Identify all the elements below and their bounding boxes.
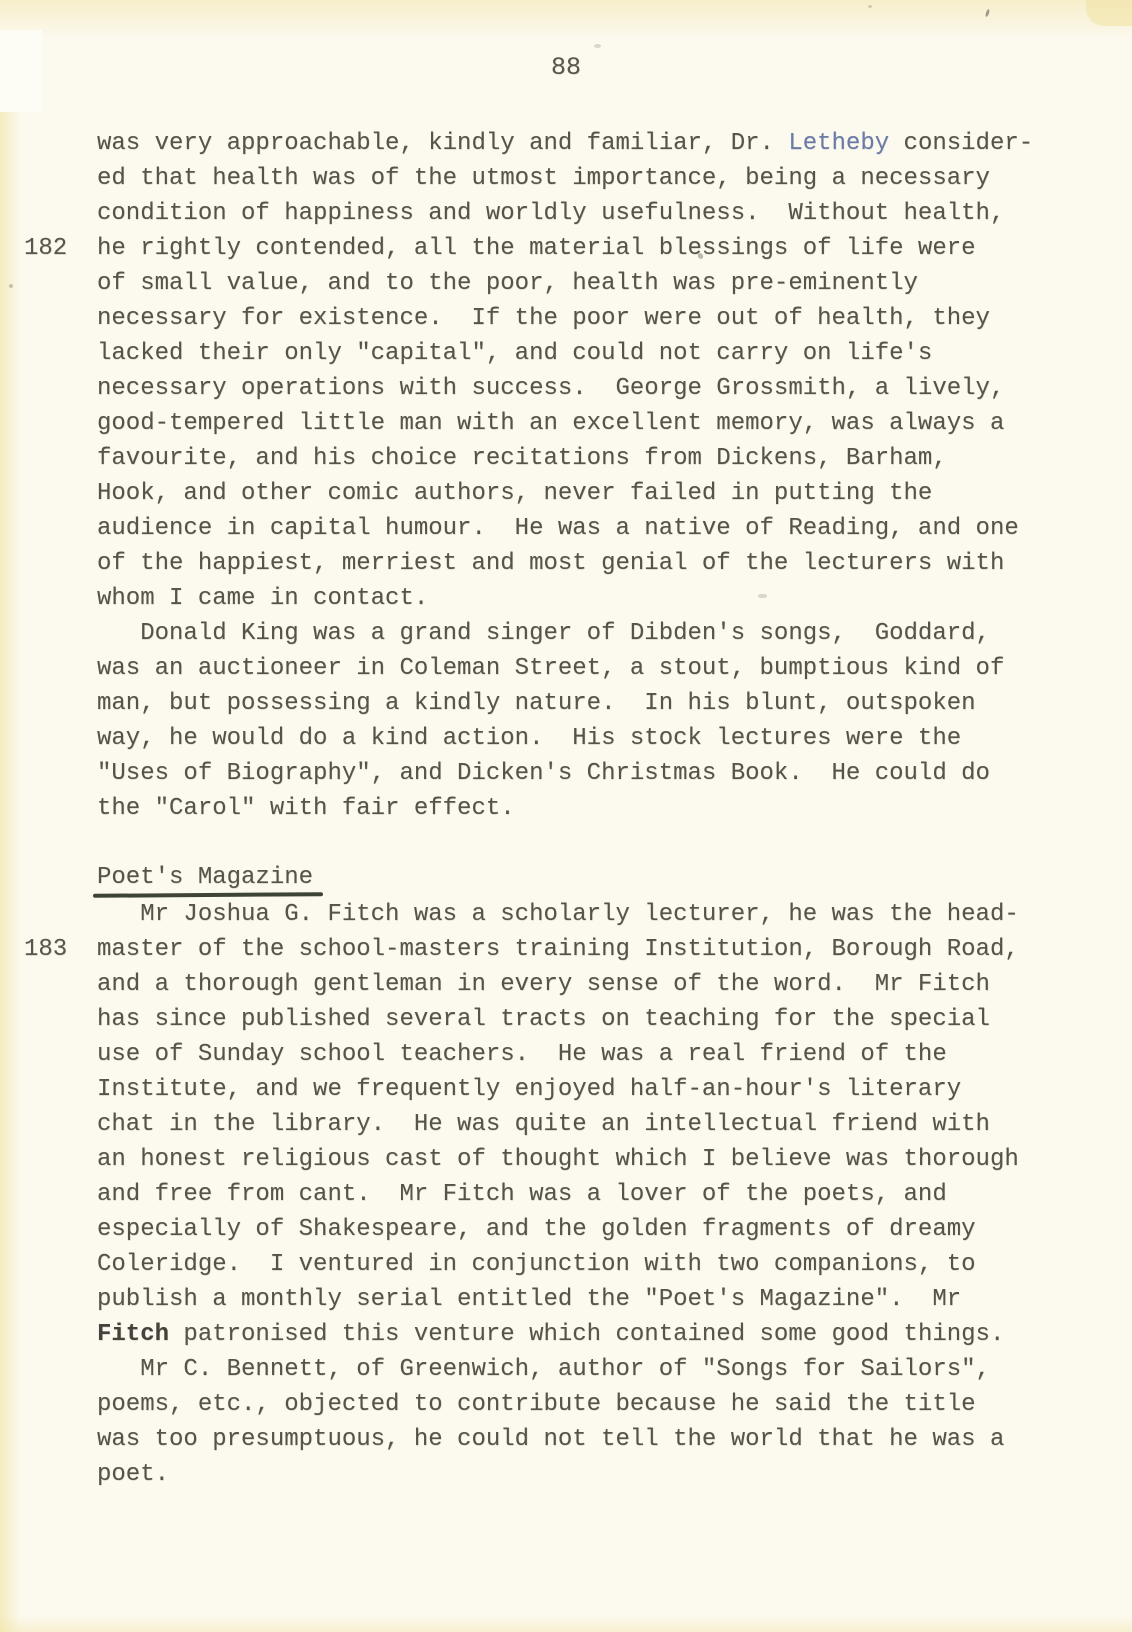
letheby-overtyped-name: Letheby [788,130,889,157]
text-line: "Uses of Biography", and Dicken's Christ… [97,756,1033,791]
page-edge-bottom-tint [0,1616,1132,1632]
page-edge-top-right-tint [1086,0,1132,26]
ink-speck [9,284,13,288]
text-line: way, he would do a kind action. His stoc… [97,721,1033,756]
text-line: he rightly contended, all the material b… [97,231,1033,266]
section-heading-wrap: Poet's Magazine [97,860,313,895]
line-suffix: consider- [889,130,1033,157]
text-line: was too presumptuous, he could not tell … [97,1422,1019,1457]
text-line: chat in the library. He was quite an int… [97,1107,1019,1142]
text-line: has since published several tracts on te… [97,1002,1019,1037]
margin-number-183: 183 [24,932,67,967]
text-line: lacked their only "capital", and could n… [97,336,1033,371]
fitch-bold-struck-name: Fitch [97,1321,169,1348]
body-text-block-2: Mr Joshua G. Fitch was a scholarly lectu… [97,897,1019,1492]
text-line: poet. [97,1457,1019,1492]
text-line: the "Carol" with fair effect. [97,791,1033,826]
text-line: was an auctioneer in Coleman Street, a s… [97,651,1033,686]
text-line: good-tempered little man with an excelle… [97,406,1033,441]
text-line: and free from cant. Mr Fitch was a lover… [97,1177,1019,1212]
text-line: whom I came in contact. [97,581,1033,616]
document-page: 88 182 183 was very approachable, kindly… [0,0,1132,1632]
ink-speck [868,5,872,8]
text-line: Hook, and other comic authors, never fai… [97,476,1033,511]
line-rest: patronised this venture which contained … [169,1321,1004,1348]
page-edge-left-tint [0,88,20,1632]
ink-speck [594,44,601,48]
body-text-block-1: was very approachable, kindly and famili… [97,126,1033,826]
text-line: man, but possessing a kindly nature. In … [97,686,1033,721]
text-line: necessary operations with success. Georg… [97,371,1033,406]
text-line: ed that health was of the utmost importa… [97,161,1033,196]
page-number: 88 [0,50,1132,85]
text-line: Coleridge. I ventured in conjunction wit… [97,1247,1019,1282]
text-line: and a thorough gentleman in every sense … [97,967,1019,1002]
text-line: was very approachable, kindly and famili… [97,126,1033,161]
text-line: of the happiest, merriest and most genia… [97,546,1033,581]
text-line: favourite, and his choice recitations fr… [97,441,1033,476]
text-line: Mr Joshua G. Fitch was a scholarly lectu… [97,897,1019,932]
page-edge-top-tint [0,0,1132,38]
text-line: audience in capital humour. He was a nat… [97,511,1033,546]
text-line: Donald King was a grand singer of Dibden… [97,616,1033,651]
text-line: master of the school-masters training In… [97,932,1019,967]
text-line: especially of Shakespeare, and the golde… [97,1212,1019,1247]
text-line: use of Sunday school teachers. He was a … [97,1037,1019,1072]
text-line: an honest religious cast of thought whic… [97,1142,1019,1177]
text-line: condition of happiness and worldly usefu… [97,196,1033,231]
text-line: necessary for existence. If the poor wer… [97,301,1033,336]
section-heading: Poet's Magazine [97,860,313,895]
text-line: Institute, and we frequently enjoyed hal… [97,1072,1019,1107]
margin-number-182: 182 [24,231,67,266]
text-line: of small value, and to the poor, health … [97,266,1033,301]
text-line: Fitch patronised this venture which cont… [97,1317,1019,1352]
text-line: publish a monthly serial entitled the "P… [97,1282,1019,1317]
text-line: Mr C. Bennett, of Greenwich, author of "… [97,1352,1019,1387]
line-prefix: was very approachable, kindly and famili… [97,130,788,157]
text-line: poems, etc., objected to contribute beca… [97,1387,1019,1422]
